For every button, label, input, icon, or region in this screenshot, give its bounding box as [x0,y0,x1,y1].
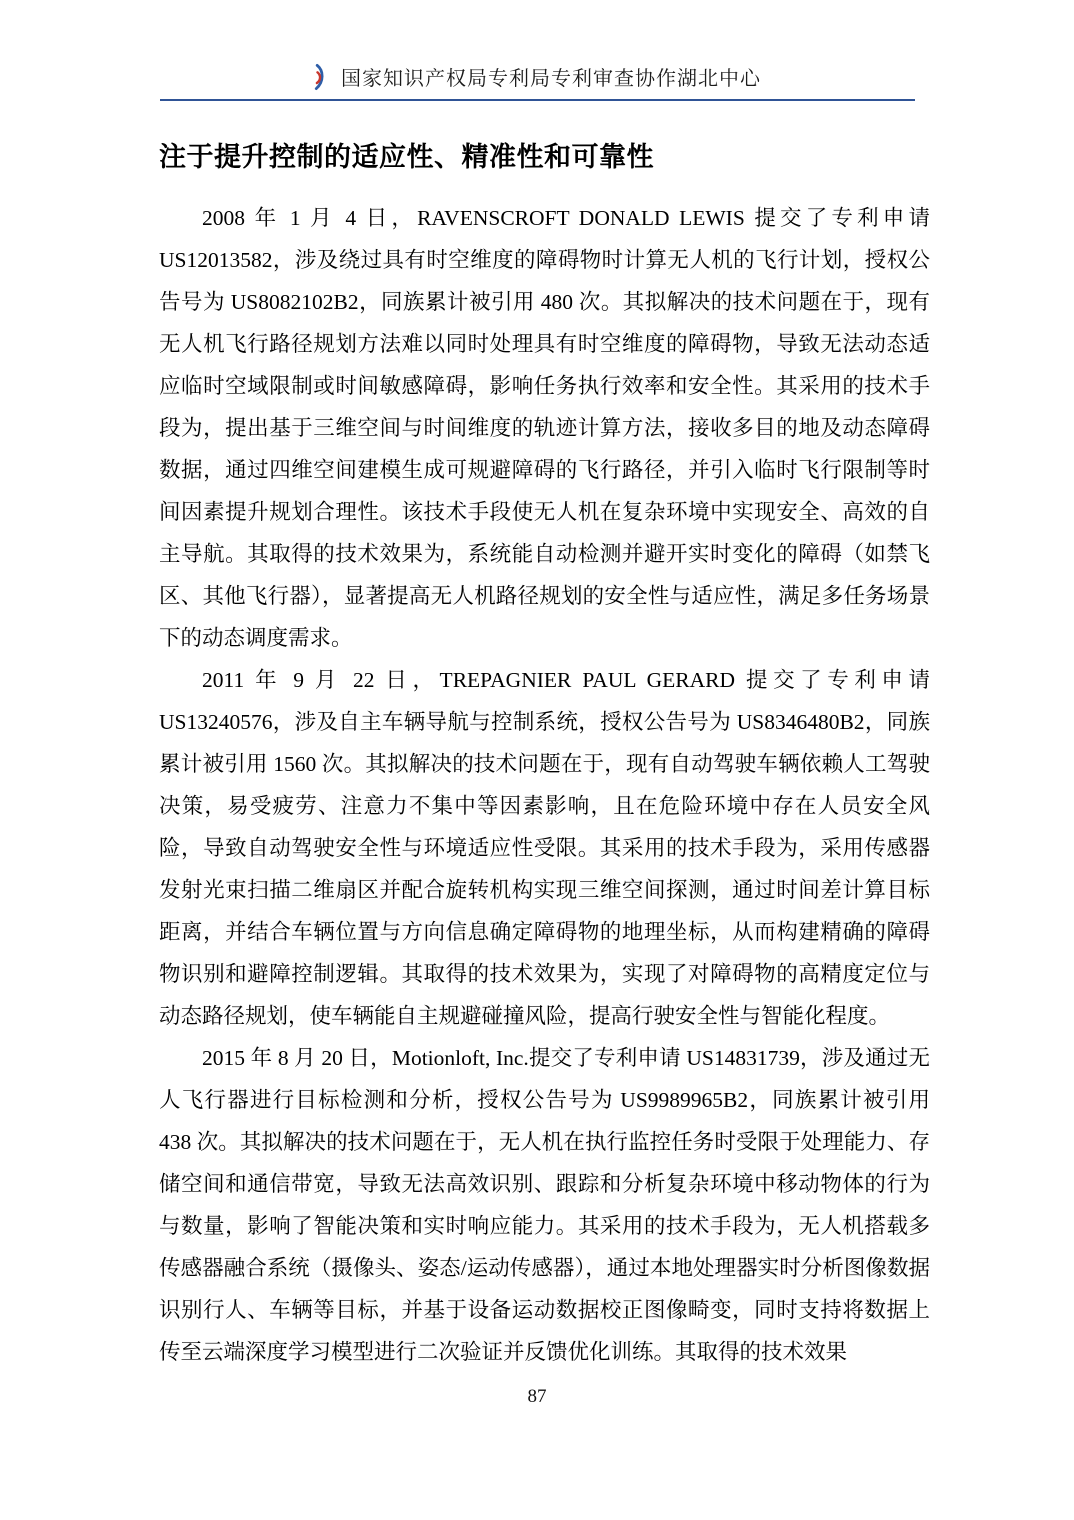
paragraph-patent-motionloft: 2015 年 8 月 20 日，Motionloft, Inc.提交了专利申请 … [159,1037,930,1373]
header-org-name: 国家知识产权局专利局专利审查协作湖北中心 [341,62,761,91]
paragraph-patent-ravenscroft: 2008 年 1 月 4 日，RAVENSCROFT DONALD LEWIS … [159,197,930,659]
cnipa-logo-icon [313,63,326,91]
page-number: 87 [528,1386,547,1407]
document-body: 注于提升控制的适应性、精准性和可靠性 2008 年 1 月 4 日，RAVENS… [159,140,930,1373]
header-rule [160,99,915,101]
document-page: 国家知识产权局专利局专利审查协作湖北中心 注于提升控制的适应性、精准性和可靠性 … [0,0,1074,1520]
page-header: 国家知识产权局专利局专利审查协作湖北中心 [0,62,1074,91]
page-footer: 87 [0,1386,1074,1408]
section-title: 注于提升控制的适应性、精准性和可靠性 [159,140,930,174]
paragraph-patent-trepagnier: 2011 年 9 月 22 日，TREPAGNIER PAUL GERARD 提… [159,659,930,1037]
